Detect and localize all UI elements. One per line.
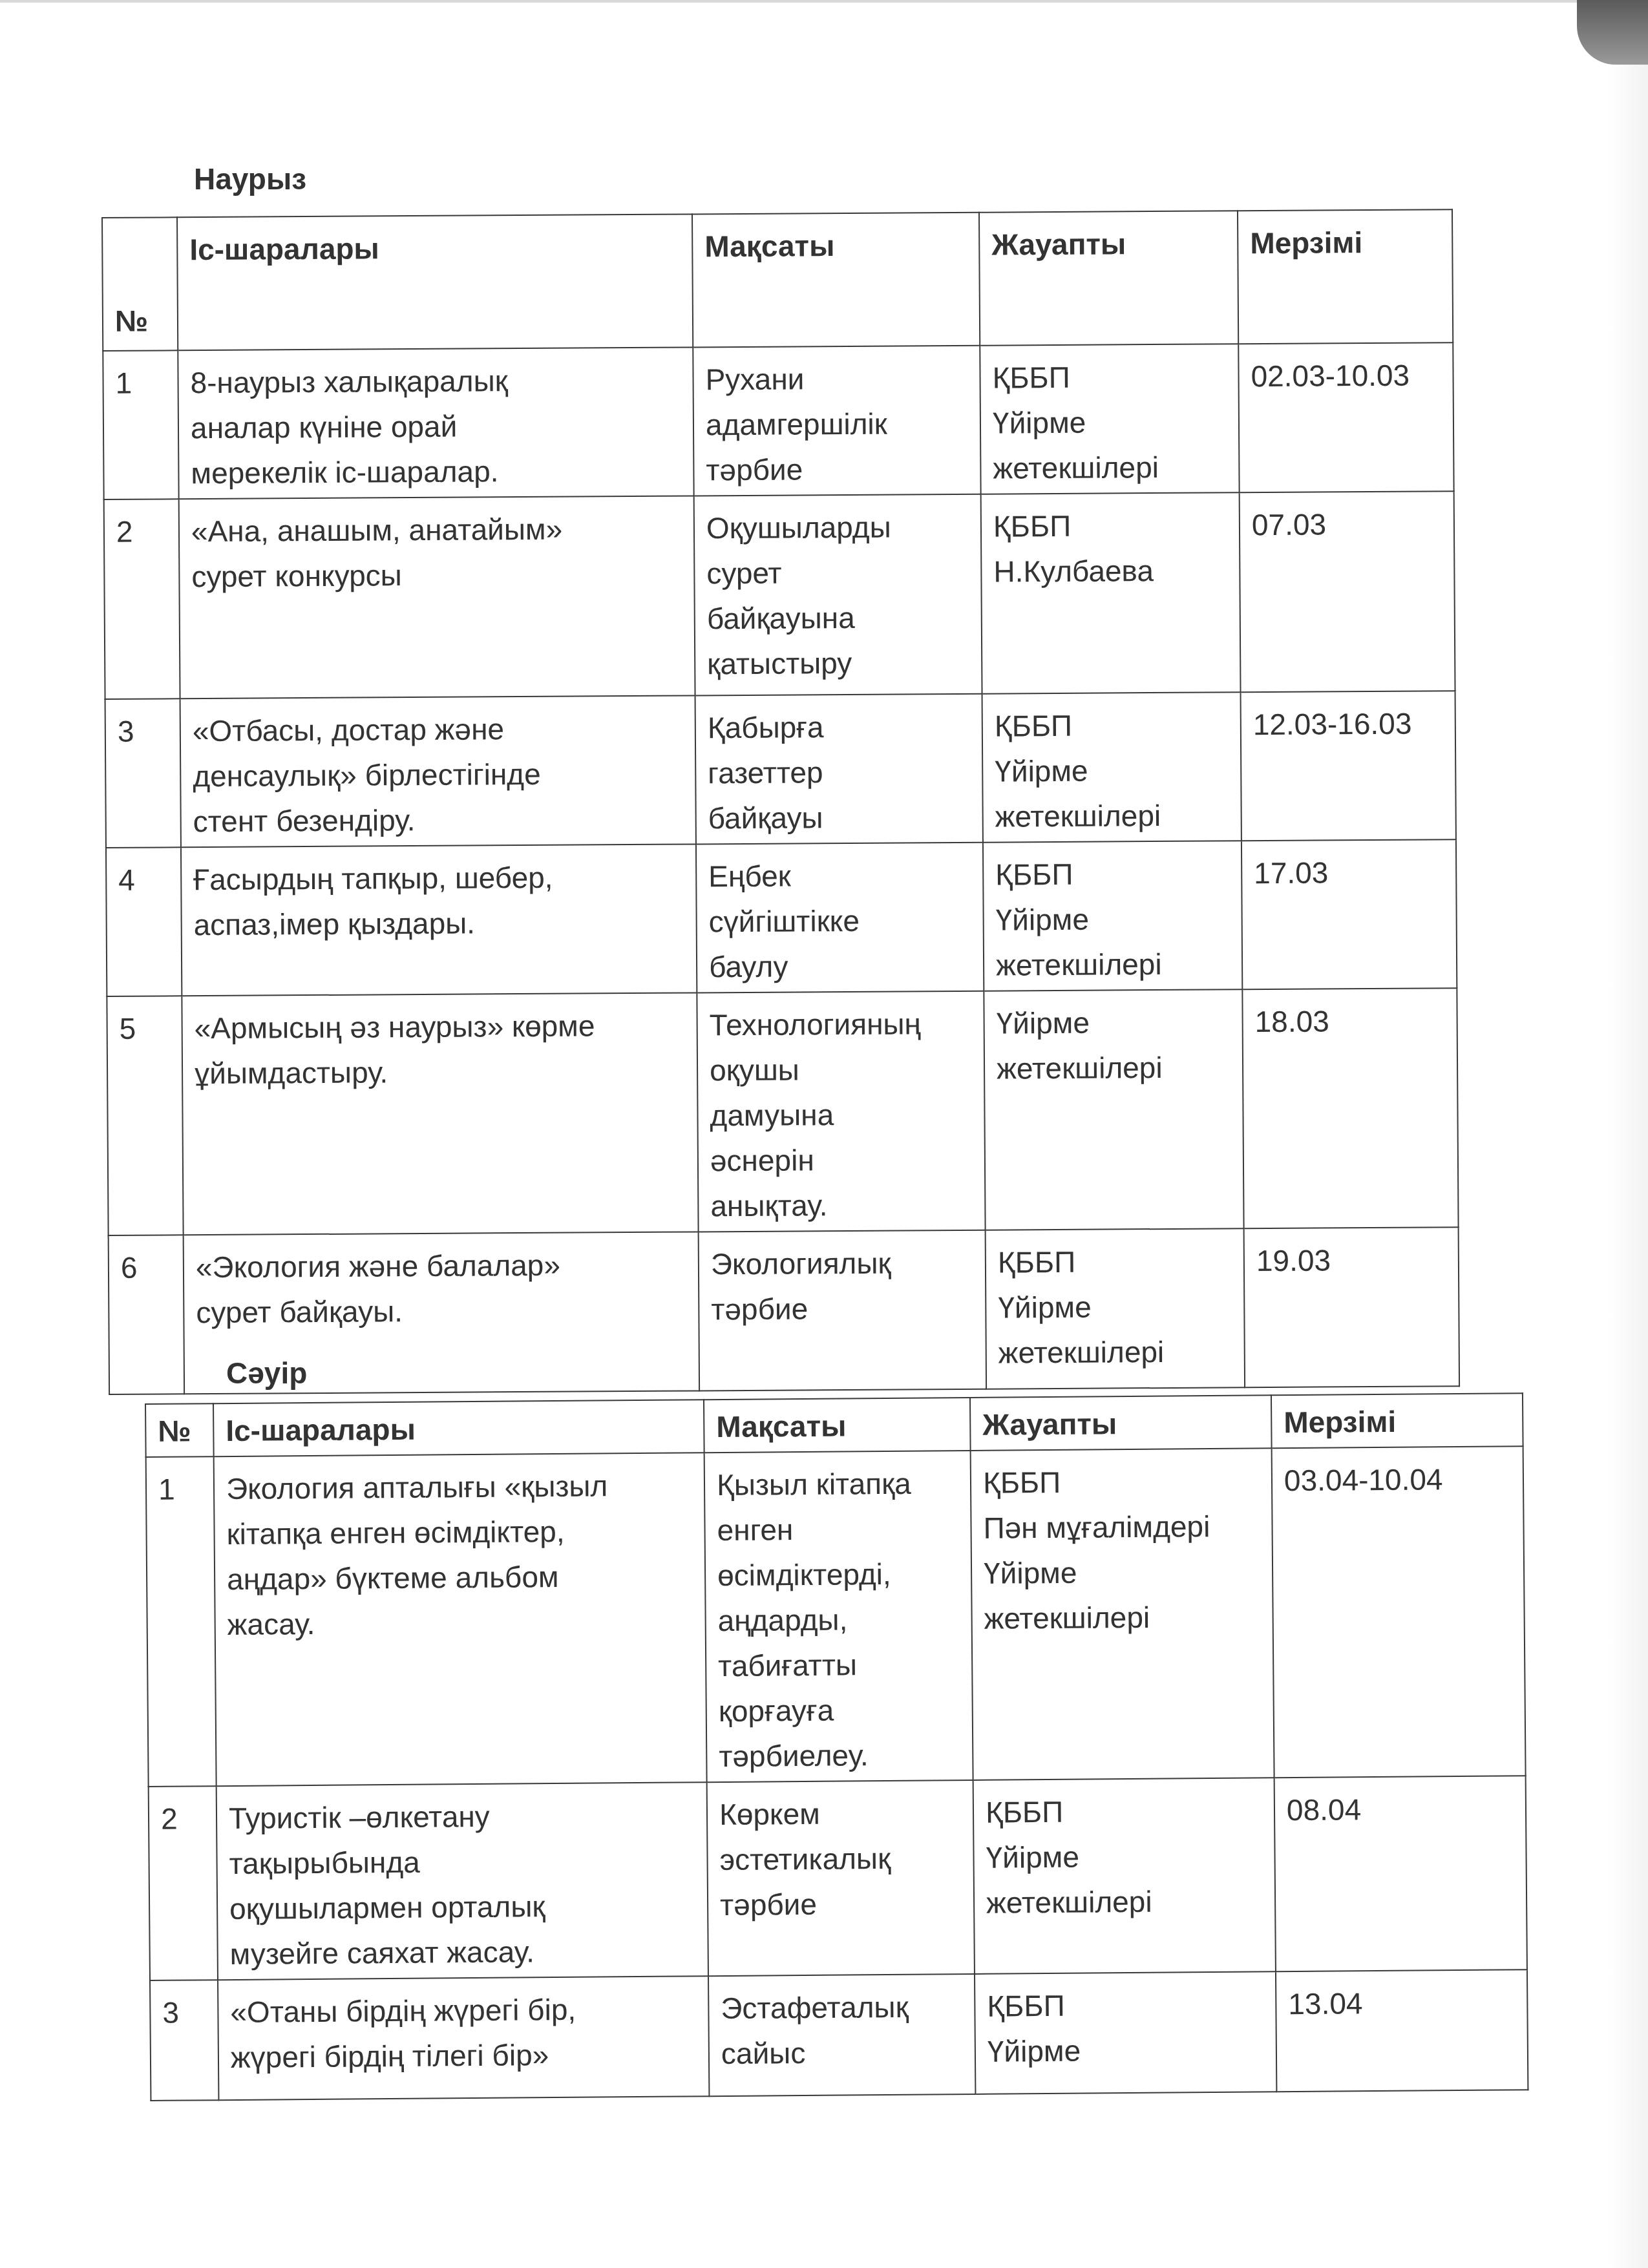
col-header-responsible: Жауапты xyxy=(970,1395,1272,1451)
goal-text: Рухани адамгершілік тәрбие xyxy=(705,355,968,492)
march-plan-table: № Іс-шаралары Мақсаты Жауапты Мерзімі 1 … xyxy=(101,209,1460,1395)
goal-text: Қызыл кітапқа енген өсімдіктерді, аңдард… xyxy=(717,1460,961,1779)
event-text: «Ана, анашым, анатайым» сурет конкурсы xyxy=(191,506,682,600)
responsible-text: ҚББП Үйірме жетекшілері xyxy=(998,1238,1232,1375)
col-header-deadline: Мерзімі xyxy=(1238,209,1453,344)
table-row: 2 Туристік –өлкетану тақырыбында оқушыла… xyxy=(149,1776,1527,1980)
table-row: 1 8-наурыз халықаралық аналар күніне ора… xyxy=(103,342,1453,499)
deadline-text: 12.03-16.03 xyxy=(1241,691,1456,841)
event-text: «Армысың әз наурыз» көрме ұйымдастыру. xyxy=(194,1003,685,1097)
row-number: 1 xyxy=(146,1456,217,1787)
goal-text: Қабырға газеттер байқауы xyxy=(708,704,971,841)
responsible-text: ҚББП Үйірме xyxy=(987,1981,1264,2074)
row-number: 3 xyxy=(105,698,181,848)
row-number: 4 xyxy=(106,847,182,996)
goal-text: Технологияның оқушы дамуына әснерін анық… xyxy=(709,1001,973,1228)
table-row: 1 Экология апталығы «қызыл кітапқа енген… xyxy=(146,1446,1526,1787)
deadline-text: 07.03 xyxy=(1240,491,1455,692)
col-header-number: № xyxy=(102,217,178,351)
event-text: «Экология және балалар» сурет байқауы. xyxy=(196,1242,687,1336)
table-row: 4 Ғасырдың тапқыр, шебер, аспаз,імер қыз… xyxy=(106,839,1457,996)
goal-text: Оқушыларды сурет байқауына қатыстыру xyxy=(706,504,970,686)
table-row: 3 «Отаны бірдің жүрегі бір, жүрегі бірді… xyxy=(150,1969,1528,2101)
deadline-text: 19.03 xyxy=(1244,1227,1459,1387)
section-title-march: Наурыз xyxy=(194,162,306,196)
scan-edge-right xyxy=(1609,65,1648,2268)
deadline-text: 03.04-10.04 xyxy=(1272,1446,1526,1778)
event-text: «Отаны бірдің жүрегі бір, жүрегі бірдің … xyxy=(230,1986,697,2080)
goal-text: Көркем эстетикалық тәрбие xyxy=(719,1790,962,1927)
responsible-text: Үйірме жетекшілері xyxy=(996,999,1231,1091)
goal-text: Экологиялық тәрбие xyxy=(711,1240,974,1332)
row-number: 3 xyxy=(150,1980,218,2101)
responsible-text: ҚББП Пән мұғалімдері Үйірме жетекшілері xyxy=(983,1458,1261,1641)
col-header-number: № xyxy=(145,1403,214,1457)
goal-text: Еңбек сүйгіштікке баулу xyxy=(708,852,971,989)
event-text: Экология апталығы «қызыл кітапқа енген ө… xyxy=(226,1462,693,1647)
scan-edge xyxy=(0,0,1577,3)
responsible-text: ҚББП Үйірме жетекшілері xyxy=(995,850,1230,987)
event-text: Туристік –өлкетану тақырыбында оқушыларм… xyxy=(229,1792,696,1977)
table-row: 3 «Отбасы, достар және денсаулық» бірлес… xyxy=(105,691,1456,848)
section-title-april: Сәуір xyxy=(226,1356,307,1391)
row-number: 2 xyxy=(149,1786,218,1980)
table-row: 6 «Экология және балалар» сурет байқауы.… xyxy=(109,1227,1459,1394)
col-header-events: Іс-шаралары xyxy=(213,1400,704,1456)
event-text: Ғасырдың тапқыр, шебер, аспаз,імер қызда… xyxy=(193,854,684,948)
col-header-goal: Мақсаты xyxy=(692,213,980,348)
row-number: 2 xyxy=(104,499,180,699)
col-header-goal: Мақсаты xyxy=(704,1398,971,1453)
deadline-text: 13.04 xyxy=(1276,1969,1528,2092)
responsible-text: ҚББП Үйірме жетекшілері xyxy=(992,353,1227,490)
deadline-text: 02.03-10.03 xyxy=(1238,342,1453,492)
col-header-responsible: Жауапты xyxy=(979,211,1238,345)
row-number: 1 xyxy=(103,350,178,499)
col-header-events: Іс-шаралары xyxy=(177,214,693,350)
goal-text: Эстафеталық сайыс xyxy=(721,1984,963,2076)
scan-shadow xyxy=(1577,0,1648,65)
responsible-text: ҚББП Үйірме жетекшілері xyxy=(986,1787,1263,1925)
responsible-text: ҚББП Н.Кулбаева xyxy=(993,502,1228,594)
deadline-text: 17.03 xyxy=(1241,839,1457,989)
deadline-text: 08.04 xyxy=(1274,1776,1527,1971)
deadline-text: 18.03 xyxy=(1242,988,1458,1228)
april-plan-table: № Іс-шаралары Мақсаты Жауапты Мерзімі 1 … xyxy=(145,1392,1528,2101)
row-number: 5 xyxy=(107,996,183,1235)
responsible-text: ҚББП Үйірме жетекшілері xyxy=(995,702,1229,839)
col-header-deadline: Мерзімі xyxy=(1271,1393,1523,1448)
event-text: 8-наурыз халықаралық аналар күніне орай … xyxy=(190,357,681,496)
table-header-row: № Іс-шаралары Мақсаты Жауапты Мерзімі xyxy=(102,209,1453,351)
event-text: «Отбасы, достар және денсаулық» бірлесті… xyxy=(193,706,684,845)
table-row: 5 «Армысың әз наурыз» көрме ұйымдастыру.… xyxy=(107,988,1458,1235)
row-number: 6 xyxy=(109,1235,185,1394)
table-row: 2 «Ана, анашым, анатайым» сурет конкурсы… xyxy=(104,491,1455,699)
